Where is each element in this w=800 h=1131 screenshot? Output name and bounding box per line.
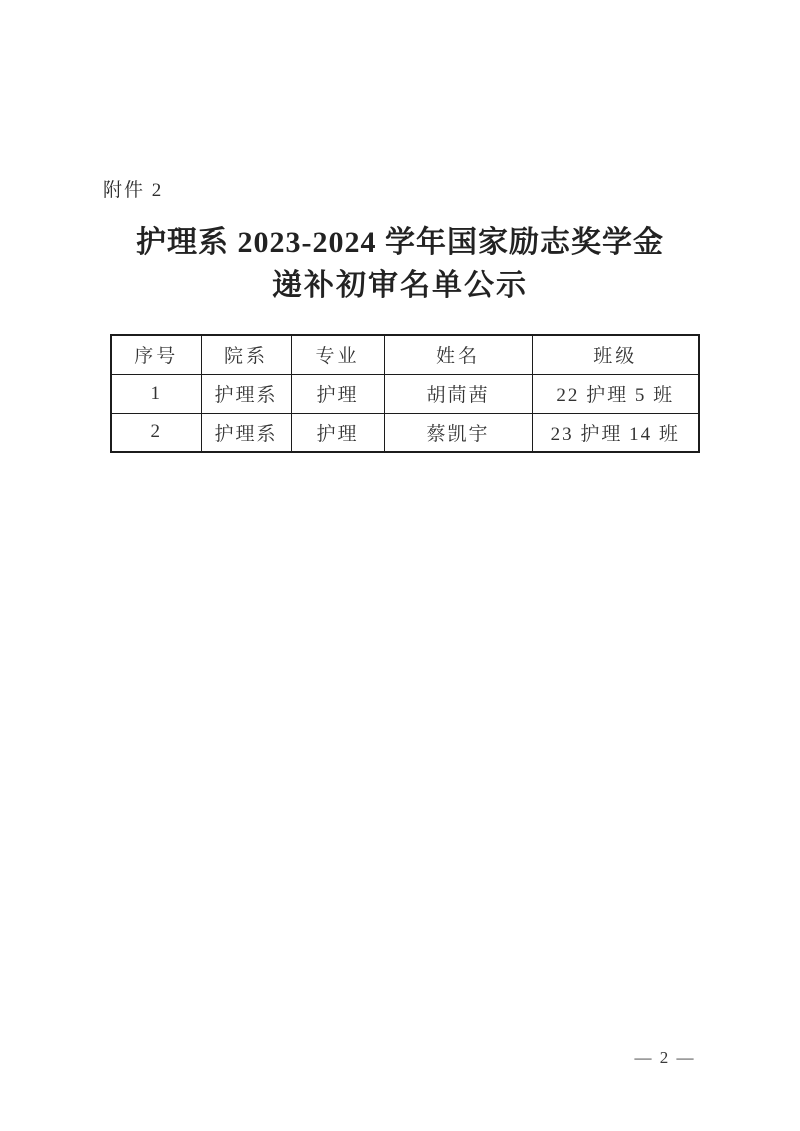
cell-department: 护理系 [201, 374, 291, 413]
table-row: 2 护理系 护理 蔡凯宇 23 护理 14 班 [111, 413, 699, 452]
cell-serial-number: 1 [111, 374, 201, 413]
cell-name: 蔡凯宇 [384, 413, 532, 452]
header-class: 班级 [532, 335, 699, 374]
table-row: 1 护理系 护理 胡茼茜 22 护理 5 班 [111, 374, 699, 413]
document-page: 附件 2 护理系 2023-2024 学年国家励志奖学金 递补初审名单公示 序号… [0, 0, 800, 1131]
header-serial-number: 序号 [111, 335, 201, 374]
scholarship-roster-table: 序号 院系 专业 姓名 班级 1 护理系 护理 胡茼茜 22 护理 5 班 2 … [110, 334, 700, 453]
attachment-label: 附件 2 [103, 175, 163, 202]
cell-class: 22 护理 5 班 [532, 374, 699, 413]
cell-major: 护理 [291, 413, 384, 452]
document-title-line1: 护理系 2023-2024 学年国家励志奖学金 [0, 217, 800, 261]
cell-class: 23 护理 14 班 [532, 413, 699, 452]
cell-name: 胡茼茜 [384, 374, 532, 413]
cell-department: 护理系 [201, 413, 291, 452]
cell-major: 护理 [291, 374, 384, 413]
table-header-row: 序号 院系 专业 姓名 班级 [111, 335, 699, 374]
cell-serial-number: 2 [111, 413, 201, 452]
header-major: 专业 [291, 335, 384, 374]
page-number: — 2 — [615, 1048, 715, 1068]
header-name: 姓名 [384, 335, 532, 374]
document-title-line2: 递补初审名单公示 [0, 260, 800, 304]
header-department: 院系 [201, 335, 291, 374]
